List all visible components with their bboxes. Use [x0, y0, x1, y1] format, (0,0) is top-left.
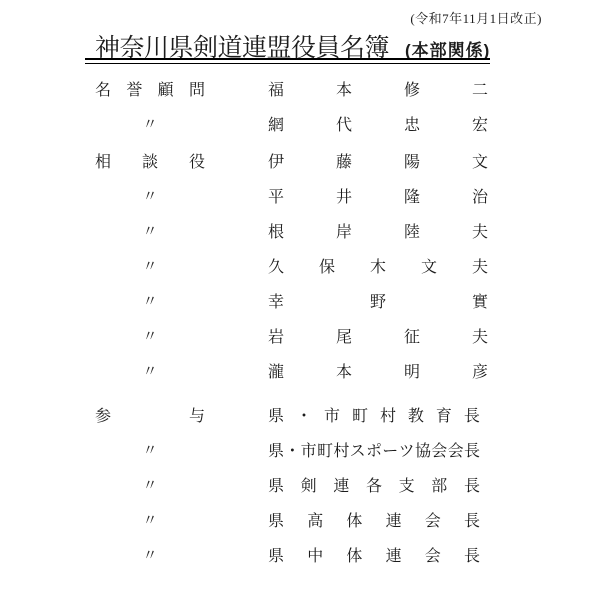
ditto-mark: 〃 [95, 260, 205, 275]
member-name: 岩尾征夫 [268, 330, 488, 346]
ditto-mark: 〃 [95, 444, 205, 459]
document-page: (令和7年11月1日改正) 神奈川県剣道連盟役員名簿 (本部関係) 名誉顧問福本… [0, 0, 600, 592]
roster-row: 〃久保木文夫 [95, 250, 488, 285]
member-name: 県高体連会長 [268, 514, 480, 530]
member-name: 平井隆治 [268, 190, 488, 206]
role-label: 参与 [95, 409, 205, 425]
roster-row: 名誉顧問福本修二 [95, 73, 488, 108]
roster-row: 〃県・市町村スポーツ協会会長 [95, 434, 488, 469]
roster-row: 〃幸野實 [95, 285, 488, 320]
roster-row: 〃根岸陸夫 [95, 215, 488, 250]
member-name: 伊藤陽文 [268, 155, 488, 171]
revision-date-note: (令和7年11月1日改正) [410, 8, 542, 27]
roster-section: 相談役伊藤陽文〃平井隆治〃根岸陸夫〃久保木文夫〃幸野實〃岩尾征夫〃瀧本明彦 [95, 145, 488, 390]
roster-section: 名誉顧問福本修二〃網代忠宏 [95, 73, 488, 143]
ditto-mark: 〃 [95, 514, 205, 529]
member-name: 県剣連各支部長 [268, 479, 480, 495]
roster-row: 〃瀧本明彦 [95, 355, 488, 390]
ditto-mark: 〃 [95, 190, 205, 205]
roster-row: 〃平井隆治 [95, 180, 488, 215]
roster-row: 〃県高体連会長 [95, 504, 488, 539]
member-name: 根岸陸夫 [268, 225, 488, 241]
title-double-rule [85, 58, 490, 64]
roster: 名誉顧問福本修二〃網代忠宏相談役伊藤陽文〃平井隆治〃根岸陸夫〃久保木文夫〃幸野實… [95, 73, 488, 574]
ditto-mark: 〃 [95, 118, 205, 133]
ditto-mark: 〃 [95, 225, 205, 240]
roster-row: 〃県剣連各支部長 [95, 469, 488, 504]
roster-row: 相談役伊藤陽文 [95, 145, 488, 180]
member-name: 幸野實 [268, 295, 488, 311]
roster-row: 〃岩尾征夫 [95, 320, 488, 355]
role-label: 名誉顧問 [95, 83, 205, 99]
member-name: 県・市町村スポーツ協会会長 [268, 444, 480, 460]
roster-section: 参与県・市町村教育長〃県・市町村スポーツ協会会長〃県剣連各支部長〃県高体連会長〃… [95, 399, 488, 574]
member-name: 福本修二 [268, 83, 488, 99]
ditto-mark: 〃 [95, 479, 205, 494]
roster-row: 〃網代忠宏 [95, 108, 488, 143]
roster-row: 〃県中体連会長 [95, 539, 488, 574]
member-name: 県中体連会長 [268, 549, 480, 565]
ditto-mark: 〃 [95, 365, 205, 380]
ditto-mark: 〃 [95, 295, 205, 310]
member-name: 久保木文夫 [268, 260, 488, 276]
member-name: 網代忠宏 [268, 118, 488, 134]
ditto-mark: 〃 [95, 330, 205, 345]
ditto-mark: 〃 [95, 549, 205, 564]
roster-row: 参与県・市町村教育長 [95, 399, 488, 434]
member-name: 瀧本明彦 [268, 365, 488, 381]
member-name: 県・市町村教育長 [268, 409, 480, 425]
role-label: 相談役 [95, 155, 205, 171]
